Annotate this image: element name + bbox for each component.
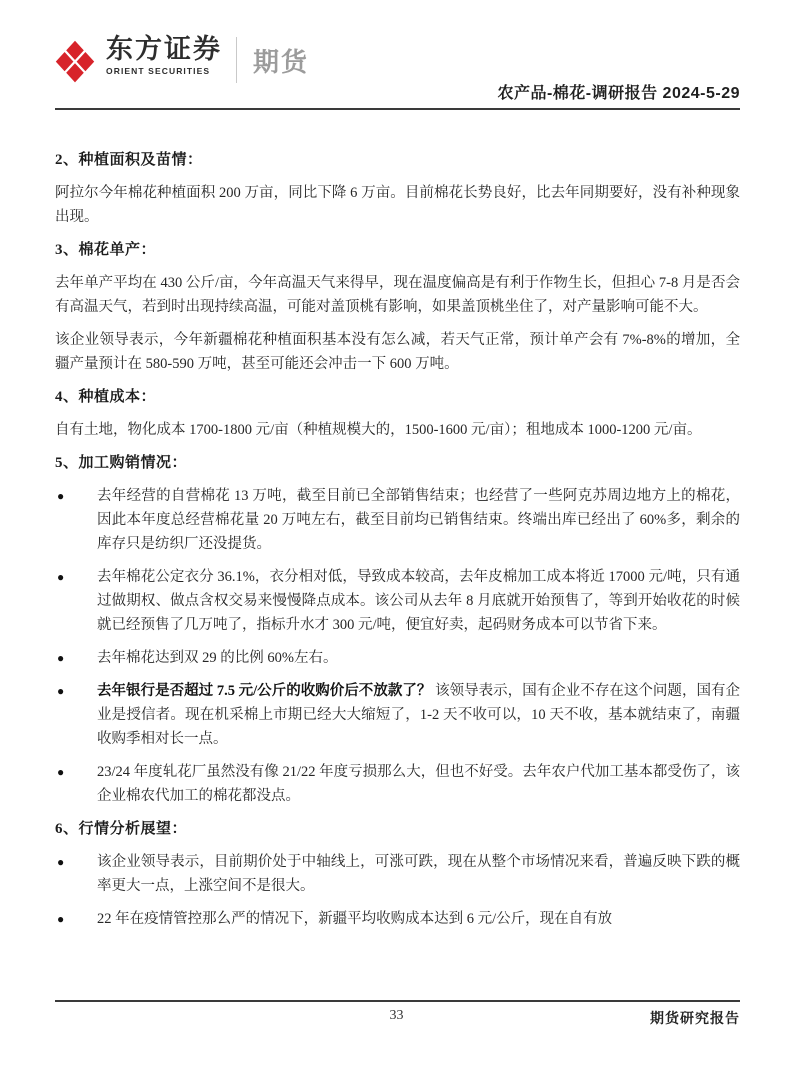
bullet-text: 去年银行是否超过 7.5 元/公斤的收购价后不放款了？ 该领导表示，国有企业不存…: [97, 679, 740, 751]
header-rule: [55, 108, 740, 110]
footer-rule: [55, 1000, 740, 1002]
bullet-icon: ●: [55, 646, 97, 670]
brand-name-en: ORIENT SECURITIES: [106, 67, 222, 76]
list-item: ● 去年经营的自营棉花 13 万吨，截至目前已全部销售结束；也经营了一些阿克苏周…: [55, 484, 740, 556]
bullet-text: 23/24 年度轧花厂虽然没有像 21/22 年度亏损那么大，但也不好受。去年农…: [97, 760, 740, 808]
bullet-text: 去年棉花公定衣分 36.1%，衣分相对低，导致成本较高，去年皮棉加工成本将近 1…: [97, 565, 740, 637]
section-heading: 6、行情分析展望：: [55, 817, 740, 841]
bullet-icon: ●: [55, 565, 97, 637]
paragraph: 去年单产平均在 430 公斤/亩，今年高温天气来得早，现在温度偏高是有利于作物生…: [55, 271, 740, 319]
bullet-icon: ●: [55, 850, 97, 898]
section-heading: 3、棉花单产：: [55, 238, 740, 262]
list-item: ● 去年棉花达到双 29 的比例 60%左右。: [55, 646, 740, 670]
brand-name-block: 东方证券 ORIENT SECURITIES: [106, 36, 222, 76]
bullet-text: 去年经营的自营棉花 13 万吨，截至目前已全部销售结束；也经营了一些阿克苏周边地…: [97, 484, 740, 556]
bullet-question-bold: 去年银行是否超过 7.5 元/公斤的收购价后不放款了？: [97, 683, 431, 699]
section-market-outlook: 6、行情分析展望： ● 该企业领导表示，目前期价处于中轴线上，可涨可跌，现在从整…: [55, 817, 740, 931]
list-item: ● 22 年在疫情管控那么严的情况下，新疆平均收购成本达到 6 元/公斤，现在自…: [55, 907, 740, 931]
paragraph: 该企业领导表示，今年新疆棉花种植面积基本没有怎么减，若天气正常，预计单产会有 7…: [55, 328, 740, 376]
report-page: 东方证券 ORIENT SECURITIES 期货 农产品-棉花-调研报告 20…: [0, 0, 793, 1077]
bullet-text: 去年棉花达到双 29 的比例 60%左右。: [97, 646, 740, 670]
section-heading: 2、种植面积及苗情：: [55, 148, 740, 172]
page-header: 东方证券 ORIENT SECURITIES 期货: [55, 36, 740, 84]
section-heading: 5、加工购销情况：: [55, 451, 740, 475]
section-yield: 3、棉花单产： 去年单产平均在 430 公斤/亩，今年高温天气来得早，现在温度偏…: [55, 238, 740, 376]
bullet-text: 该企业领导表示，目前期价处于中轴线上，可涨可跌，现在从整个市场情况来看，普遍反映…: [97, 850, 740, 898]
section-planting-area: 2、种植面积及苗情： 阿拉尔今年棉花种植面积 200 万亩，同比下降 6 万亩。…: [55, 148, 740, 229]
list-item: ● 该企业领导表示，目前期价处于中轴线上，可涨可跌，现在从整个市场情况来看，普遍…: [55, 850, 740, 898]
bullet-icon: ●: [55, 907, 97, 931]
report-type-label: 期货研究报告: [650, 1008, 740, 1028]
bullet-icon: ●: [55, 484, 97, 556]
orient-securities-logo-icon: [55, 40, 95, 84]
header-divider: [236, 37, 237, 83]
report-body: 2、种植面积及苗情： 阿拉尔今年棉花种植面积 200 万亩，同比下降 6 万亩。…: [55, 148, 740, 940]
report-label: 农产品-棉花-调研报告 2024-5-29: [497, 80, 740, 103]
brand-name-cn: 东方证券: [106, 36, 222, 63]
section-planting-cost: 4、种植成本： 自有土地，物化成本 1700-1800 元/亩（种植规模大的，1…: [55, 385, 740, 442]
bullet-icon: ●: [55, 760, 97, 808]
list-item: ● 去年银行是否超过 7.5 元/公斤的收购价后不放款了？ 该领导表示，国有企业…: [55, 679, 740, 751]
section-heading: 4、种植成本：: [55, 385, 740, 409]
division-label: 期货: [253, 42, 309, 79]
section-processing-sales: 5、加工购销情况： ● 去年经营的自营棉花 13 万吨，截至目前已全部销售结束；…: [55, 451, 740, 808]
list-item: ● 去年棉花公定衣分 36.1%，衣分相对低，导致成本较高，去年皮棉加工成本将近…: [55, 565, 740, 637]
paragraph: 自有土地，物化成本 1700-1800 元/亩（种植规模大的，1500-1600…: [55, 418, 740, 442]
paragraph: 阿拉尔今年棉花种植面积 200 万亩，同比下降 6 万亩。目前棉花长势良好，比去…: [55, 181, 740, 229]
bullet-icon: ●: [55, 679, 97, 751]
bullet-list: ● 该企业领导表示，目前期价处于中轴线上，可涨可跌，现在从整个市场情况来看，普遍…: [55, 850, 740, 931]
list-item: ● 23/24 年度轧花厂虽然没有像 21/22 年度亏损那么大，但也不好受。去…: [55, 760, 740, 808]
bullet-list: ● 去年经营的自营棉花 13 万吨，截至目前已全部销售结束；也经营了一些阿克苏周…: [55, 484, 740, 808]
bullet-text: 22 年在疫情管控那么严的情况下，新疆平均收购成本达到 6 元/公斤，现在自有放: [97, 907, 740, 931]
